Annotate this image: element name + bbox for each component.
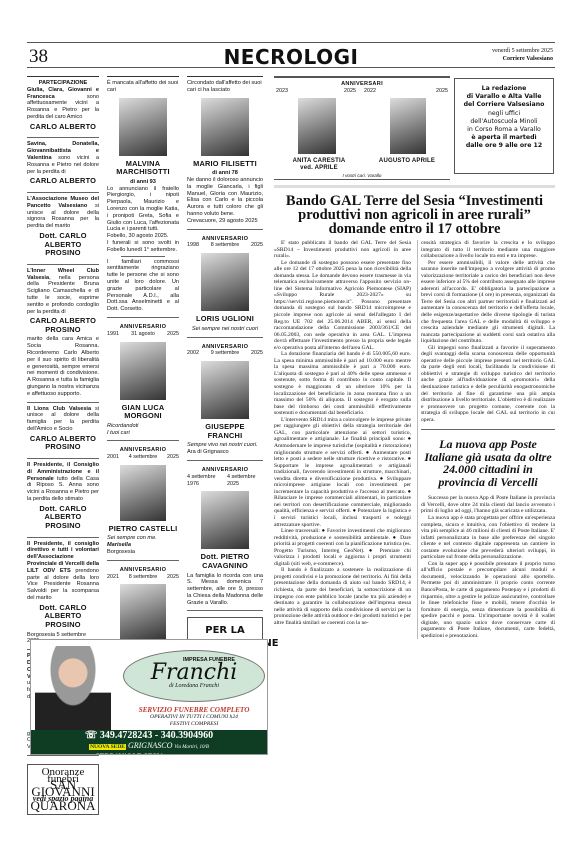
notice: PARTECIPAZIONE Giulia, Clara, Giovanni e… [27, 77, 99, 138]
article-gal: Bando GAL Terre del Sesia “Investimenti … [274, 185, 555, 639]
year-end: 2025 [167, 574, 179, 581]
signature: I vostri cari. Varallo [274, 173, 450, 178]
deceased-age: di anni 93 [107, 179, 179, 186]
notice: Il Lions Club Valsesia si unisce al dolo… [27, 403, 99, 459]
paragraph: Con la super app è possibile prenotare i… [421, 561, 555, 640]
date: 8 settembre [129, 574, 157, 581]
memorial-line: Sei sempre nei nostri cuori [187, 326, 263, 333]
phone-numbers[interactable]: ☏ 349.4728243 - 340.3904960 [31, 730, 267, 741]
anniversary-dates: 4 settembre 19764 settembre 2025 [187, 474, 263, 488]
article-headline: Bando GAL Terre del Sesia “Investimenti … [274, 188, 555, 240]
paragraph: Per essere ammissibili, il valore delle … [421, 260, 555, 345]
owner-name: di Loredana Franchi [124, 683, 264, 689]
portrait-photo [390, 98, 426, 154]
notice-text: Savina, Donatella, Giovannibattista e Va… [27, 141, 99, 175]
brand-oval: IMPRESA FUNEBRE Franchi di Loredana Fran… [123, 650, 265, 702]
thanks-text: I familiari commossi sentitamente ringra… [107, 259, 179, 313]
year: 2022 [364, 88, 376, 94]
anniversary-dates: 199131 agosto2025 [107, 331, 179, 338]
anniversary-header: ANNIVERSARIO [187, 467, 263, 474]
info-line: negli uffici [455, 110, 553, 118]
service-title: SERVIZIO FUNEBRE COMPLETO [123, 706, 265, 714]
anniversari-block: ANNIVERSARI 2023 2025 2022 2025 ANITA CA… [274, 76, 450, 180]
paper-name: Corriere Valsesiano [503, 56, 553, 62]
anniversary-header: ANNIVERSARIO [107, 567, 179, 574]
portrait-photo [120, 342, 166, 400]
name-line: ved. APRILE [274, 165, 364, 172]
paragraph: Linee trasversali: ● Favorire investimen… [274, 528, 411, 567]
date: 9 settembre [211, 350, 239, 357]
deceased-name: GIUSEPPE FRANCHI [187, 423, 263, 440]
newspaper-page: 38 NECROLOGI venerdì 5 settembre 2025 Co… [27, 42, 555, 68]
service-line: OPERATIVI IN TUTTI I COMUNI h24 [123, 714, 265, 721]
deceased-name: AUGUSTO APRILE [364, 158, 450, 165]
service-info: SERVIZIO FUNEBRE COMPLETO OPERATIVI IN T… [123, 706, 265, 727]
anniversary-dates: 19988 settembre2025 [187, 242, 263, 249]
paragraph: Successo per la nuova App di Poste Itali… [421, 495, 555, 515]
anniversary-dates: 20014 settembre2025 [107, 454, 179, 461]
portrait-photo [201, 253, 249, 311]
owner-portrait [35, 646, 111, 730]
date-end: 4 settembre 2025 [227, 474, 263, 488]
memorial-line: Marisella [107, 542, 179, 549]
year-start: 2002 [187, 350, 199, 357]
year-start: 2021 [107, 574, 119, 581]
deceased-name: Dott. CARLO ALBERTO PROSINO [27, 604, 99, 630]
deceased-name: Dott. CARLO ALBERTO PROSINO [27, 505, 99, 531]
paragraph: L'intervento SRD14 mira a coinvolgere le… [274, 417, 411, 528]
location-line: NUOVA SEDE GRIGNASCO Via Martiri, 10/B [31, 741, 267, 752]
date: 31 agosto [131, 331, 155, 338]
memorial-line: I tuoi cari [107, 430, 179, 437]
notice-text: L'Associazione Museo del Pancetto Valses… [27, 196, 99, 230]
portrait-photo [201, 98, 249, 156]
anniversary-header: ANNIVERSARIO [187, 344, 263, 351]
memorial-line: Sei sempre con me. [107, 535, 179, 542]
location-line: SERRAVALLE SESIA c.so Matteotti, 231 [31, 752, 267, 755]
info-line: del Corriere Valsesiano [455, 101, 553, 109]
new-location-badge: NUOVA SEDE [89, 744, 126, 750]
funeral-info: I funerali si sono svolti in Fobello lun… [107, 240, 179, 254]
obituary-place: Fobello, 30 agosto 2025. [107, 233, 179, 240]
anniversary-dates: 20029 settembre2025 [187, 350, 263, 357]
year: 2025 [344, 88, 356, 94]
portrait-photo [119, 98, 167, 156]
paragraph: Le domande di sostegno possono essere pr… [274, 260, 411, 352]
obituary-place: Crevacuore, 29 agosto 2025 [187, 218, 263, 225]
article-poste: La nuova app Poste Italiane già usata da… [421, 429, 555, 639]
year-start: 1991 [107, 331, 119, 338]
obituary-text: Ne danno il doloroso annuncio la moglie … [187, 177, 263, 218]
paragraph: Il bando è finalizzato a sostenere la re… [274, 567, 411, 626]
brand-name: Franchi [124, 663, 264, 683]
anniversary: ANNIVERSARIO 19988 settembre2025 LORIS U… [187, 230, 263, 338]
issue-date: venerdì 5 settembre 2025 [492, 47, 553, 55]
masthead: 38 NECROLOGI venerdì 5 settembre 2025 Co… [27, 42, 555, 68]
notice-body-2: marito della cara Amica e Socia Rosanna.… [27, 336, 99, 397]
ad-line: QUARONA [30, 803, 96, 810]
year: 2023 [276, 88, 288, 94]
date: 8 settembre [211, 242, 239, 249]
town: GRIGNASCO [128, 741, 172, 750]
paragraph: La dotazione finanziaria del bando è di … [274, 351, 411, 416]
paragraph: Gli impegni sono finalizzati a favorire … [421, 345, 555, 424]
notice: Savina, Donatella, Giovannibattista e Va… [27, 138, 99, 193]
info-line: dalle ore 9 alle ore 12 [455, 142, 553, 150]
anniversary: ANNIVERSARIO 199131 agosto2025 GIAN LUCA… [107, 318, 179, 441]
year: 2025 [436, 88, 448, 94]
deceased-name: GIAN LUCA MORGONI [107, 404, 179, 421]
obituary-intro: Circondato dall'affetto dei suoi cari ci… [187, 80, 263, 94]
notice-text: L'Inner Wheel Club Valsesia, nella perso… [27, 268, 99, 316]
info-line: La redazione [455, 85, 553, 93]
portrait-photo [120, 584, 166, 640]
box-line: PER LA [188, 624, 262, 637]
section-title: NECROLOGI [27, 45, 555, 69]
contact-band: ☏ 349.4728243 - 340.3904960 NUOVA SEDE G… [31, 730, 267, 754]
obituary-text: Lo annunciano il fratello Piergiorgio, i… [107, 186, 179, 234]
year-end: 2025 [251, 242, 263, 249]
year-end: 2025 [167, 454, 179, 461]
memorial-line: Borgosesia [107, 549, 179, 556]
article-column-left: E' stato pubblicato il bando del GAL Ter… [274, 240, 411, 639]
notice: L'Associazione Museo del Pancetto Valses… [27, 193, 99, 265]
paragraph: La nuova app è stata progettata per offr… [421, 515, 555, 561]
memorial-line: Ara di Grignasco [187, 449, 263, 456]
article-headline: La nuova app Poste Italiane già usata da… [421, 438, 555, 488]
anniversary: ANNIVERSARIO 4 settembre 19764 settembre… [187, 461, 263, 612]
portrait-photo [298, 98, 336, 154]
article-column-right: cessità strategica di favorire la cresci… [417, 240, 555, 639]
anniversary-header: ANNIVERSARIO [187, 236, 263, 243]
notice-text: Il Presidente, il consiglio direttivo e … [27, 541, 99, 602]
info-line: è aperta il martedì [455, 134, 553, 142]
notice: L'Inner Wheel Club Valsesia, nella perso… [27, 265, 99, 403]
deceased-name: CARLO ALBERTO PROSINO [27, 317, 99, 334]
onoranze-ad: Onoranze funebri SAN GIOVANNI vedi spazi… [27, 764, 99, 815]
portrait-photo [120, 465, 166, 521]
notice: Il Presidente, il consiglio direttivo e … [27, 538, 99, 651]
portrait-photo [201, 361, 249, 419]
divider [121, 256, 164, 257]
year-end: 2025 [167, 331, 179, 338]
anniversary-header: ANNIVERSARI [274, 81, 450, 87]
memorial-line: Sempre vivo nei nostri cuori. [187, 442, 263, 449]
redazione-box: La redazione di Varallo e Alta Valle del… [454, 78, 554, 174]
deceased-name: CARLO ALBERTO [27, 123, 99, 132]
anniversary: ANNIVERSARIO 20014 settembre2025 PIETRO … [107, 441, 179, 561]
memorial-line: Ricordandoti [107, 423, 179, 430]
name-line: ANITA CARESTIA [274, 158, 364, 165]
notice-text: Giulia, Clara, Giovanni e Francesca sono… [27, 87, 99, 121]
deceased-age: di anni 78 [187, 170, 263, 177]
notice-body: , nella persona della Presidente Bruna S… [27, 275, 99, 315]
year-start: 1998 [187, 242, 199, 249]
anniversary-header: ANNIVERSARIO [107, 324, 179, 331]
notice: Il Presidente, il Consiglio di Amministr… [27, 459, 99, 538]
deceased-name: PIETRO CASTELLI [107, 525, 179, 534]
notice-text: Il Presidente, il Consiglio di Amministr… [27, 462, 99, 503]
deceased-name: ANITA CARESTIA ved. APRILE [274, 158, 364, 172]
paragraph: E' stato pubblicato il bando del GAL Ter… [274, 240, 411, 260]
deceased-name: Dott. CARLO ALBERTO PROSINO [27, 232, 99, 258]
anniversary: ANNIVERSARIO 20029 settembre2025 GIUSEPP… [187, 338, 263, 461]
year-end: 2025 [251, 350, 263, 357]
town: SERRAVALLE SESIA [95, 752, 163, 755]
obituary: Circondato dall'affetto dei suoi cari ci… [187, 77, 263, 230]
paragraph: cessità strategica di favorire la cresci… [421, 240, 555, 260]
anniversary-header: ANNIVERSARIO [107, 447, 179, 454]
deceased-name: LORIS UGLIONI [187, 315, 263, 324]
info-line: di Varallo e Alta Valle [455, 93, 553, 101]
obituary-intro: È mancata all'affetto dei suoi cari [107, 80, 179, 94]
year-start: 2001 [107, 454, 119, 461]
address: Via Martiri, 10/B [174, 745, 209, 750]
notice-text: Il Lions Club Valsesia si unisce al dolo… [27, 406, 99, 433]
deceased-name: MALVINA MARCHISOTTI [107, 160, 179, 177]
anniversary-dates: 20218 settembre2025 [107, 574, 179, 581]
memorial-text: La famiglia lo ricorda con una S. Messa … [187, 573, 263, 607]
deceased-name: Dott. PIETRO CAVAGNINO [187, 553, 263, 570]
column-2: È mancata all'affetto dei suoi cari MALV… [107, 76, 179, 721]
deceased-name: MARIO FILISETTI [187, 160, 263, 169]
franchi-funeral-ad: IMPRESA FUNEBRE Franchi di Loredana Fran… [30, 639, 268, 755]
notice-names: Il Lions Club Valsesia [27, 406, 91, 412]
column-3: Circondato dall'affetto dei suoi cari ci… [187, 76, 263, 709]
notice-label: PARTECIPAZIONE [27, 80, 99, 87]
masthead-date: venerdì 5 settembre 2025 Corriere Valses… [492, 47, 553, 63]
info-line: dell'Autoscuola Minoli [455, 118, 553, 126]
deceased-name: CARLO ALBERTO [27, 177, 99, 186]
service-line: FESTIVI COMPRESI [123, 721, 265, 728]
deceased-name: CARLO ALBERTO PROSINO [27, 435, 99, 452]
date: 4 settembre [129, 454, 157, 461]
info-line: in Corso Roma a Varallo [455, 126, 553, 134]
obituary: È mancata all'affetto dei suoi cari MALV… [107, 77, 179, 318]
portrait-photo [201, 491, 249, 549]
date-start: 4 settembre 1976 [187, 474, 223, 488]
article-body: E' stato pubblicato il bando del GAL Ter… [274, 240, 555, 639]
